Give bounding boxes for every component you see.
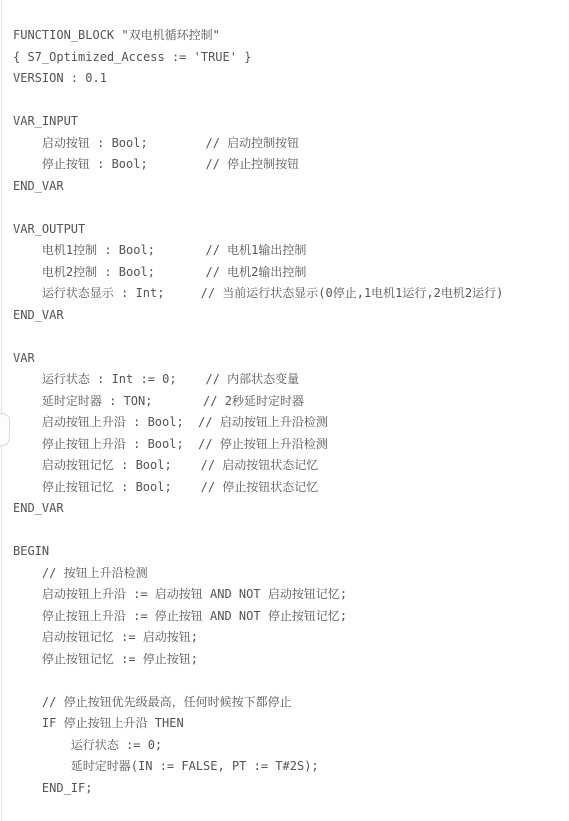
scl-code-block: FUNCTION_BLOCK "双电机循环控制" { S7_Optimized_… <box>0 0 569 799</box>
code-viewer: FUNCTION_BLOCK "双电机循环控制" { S7_Optimized_… <box>0 0 569 821</box>
left-edge-drag-handle[interactable] <box>0 413 10 446</box>
